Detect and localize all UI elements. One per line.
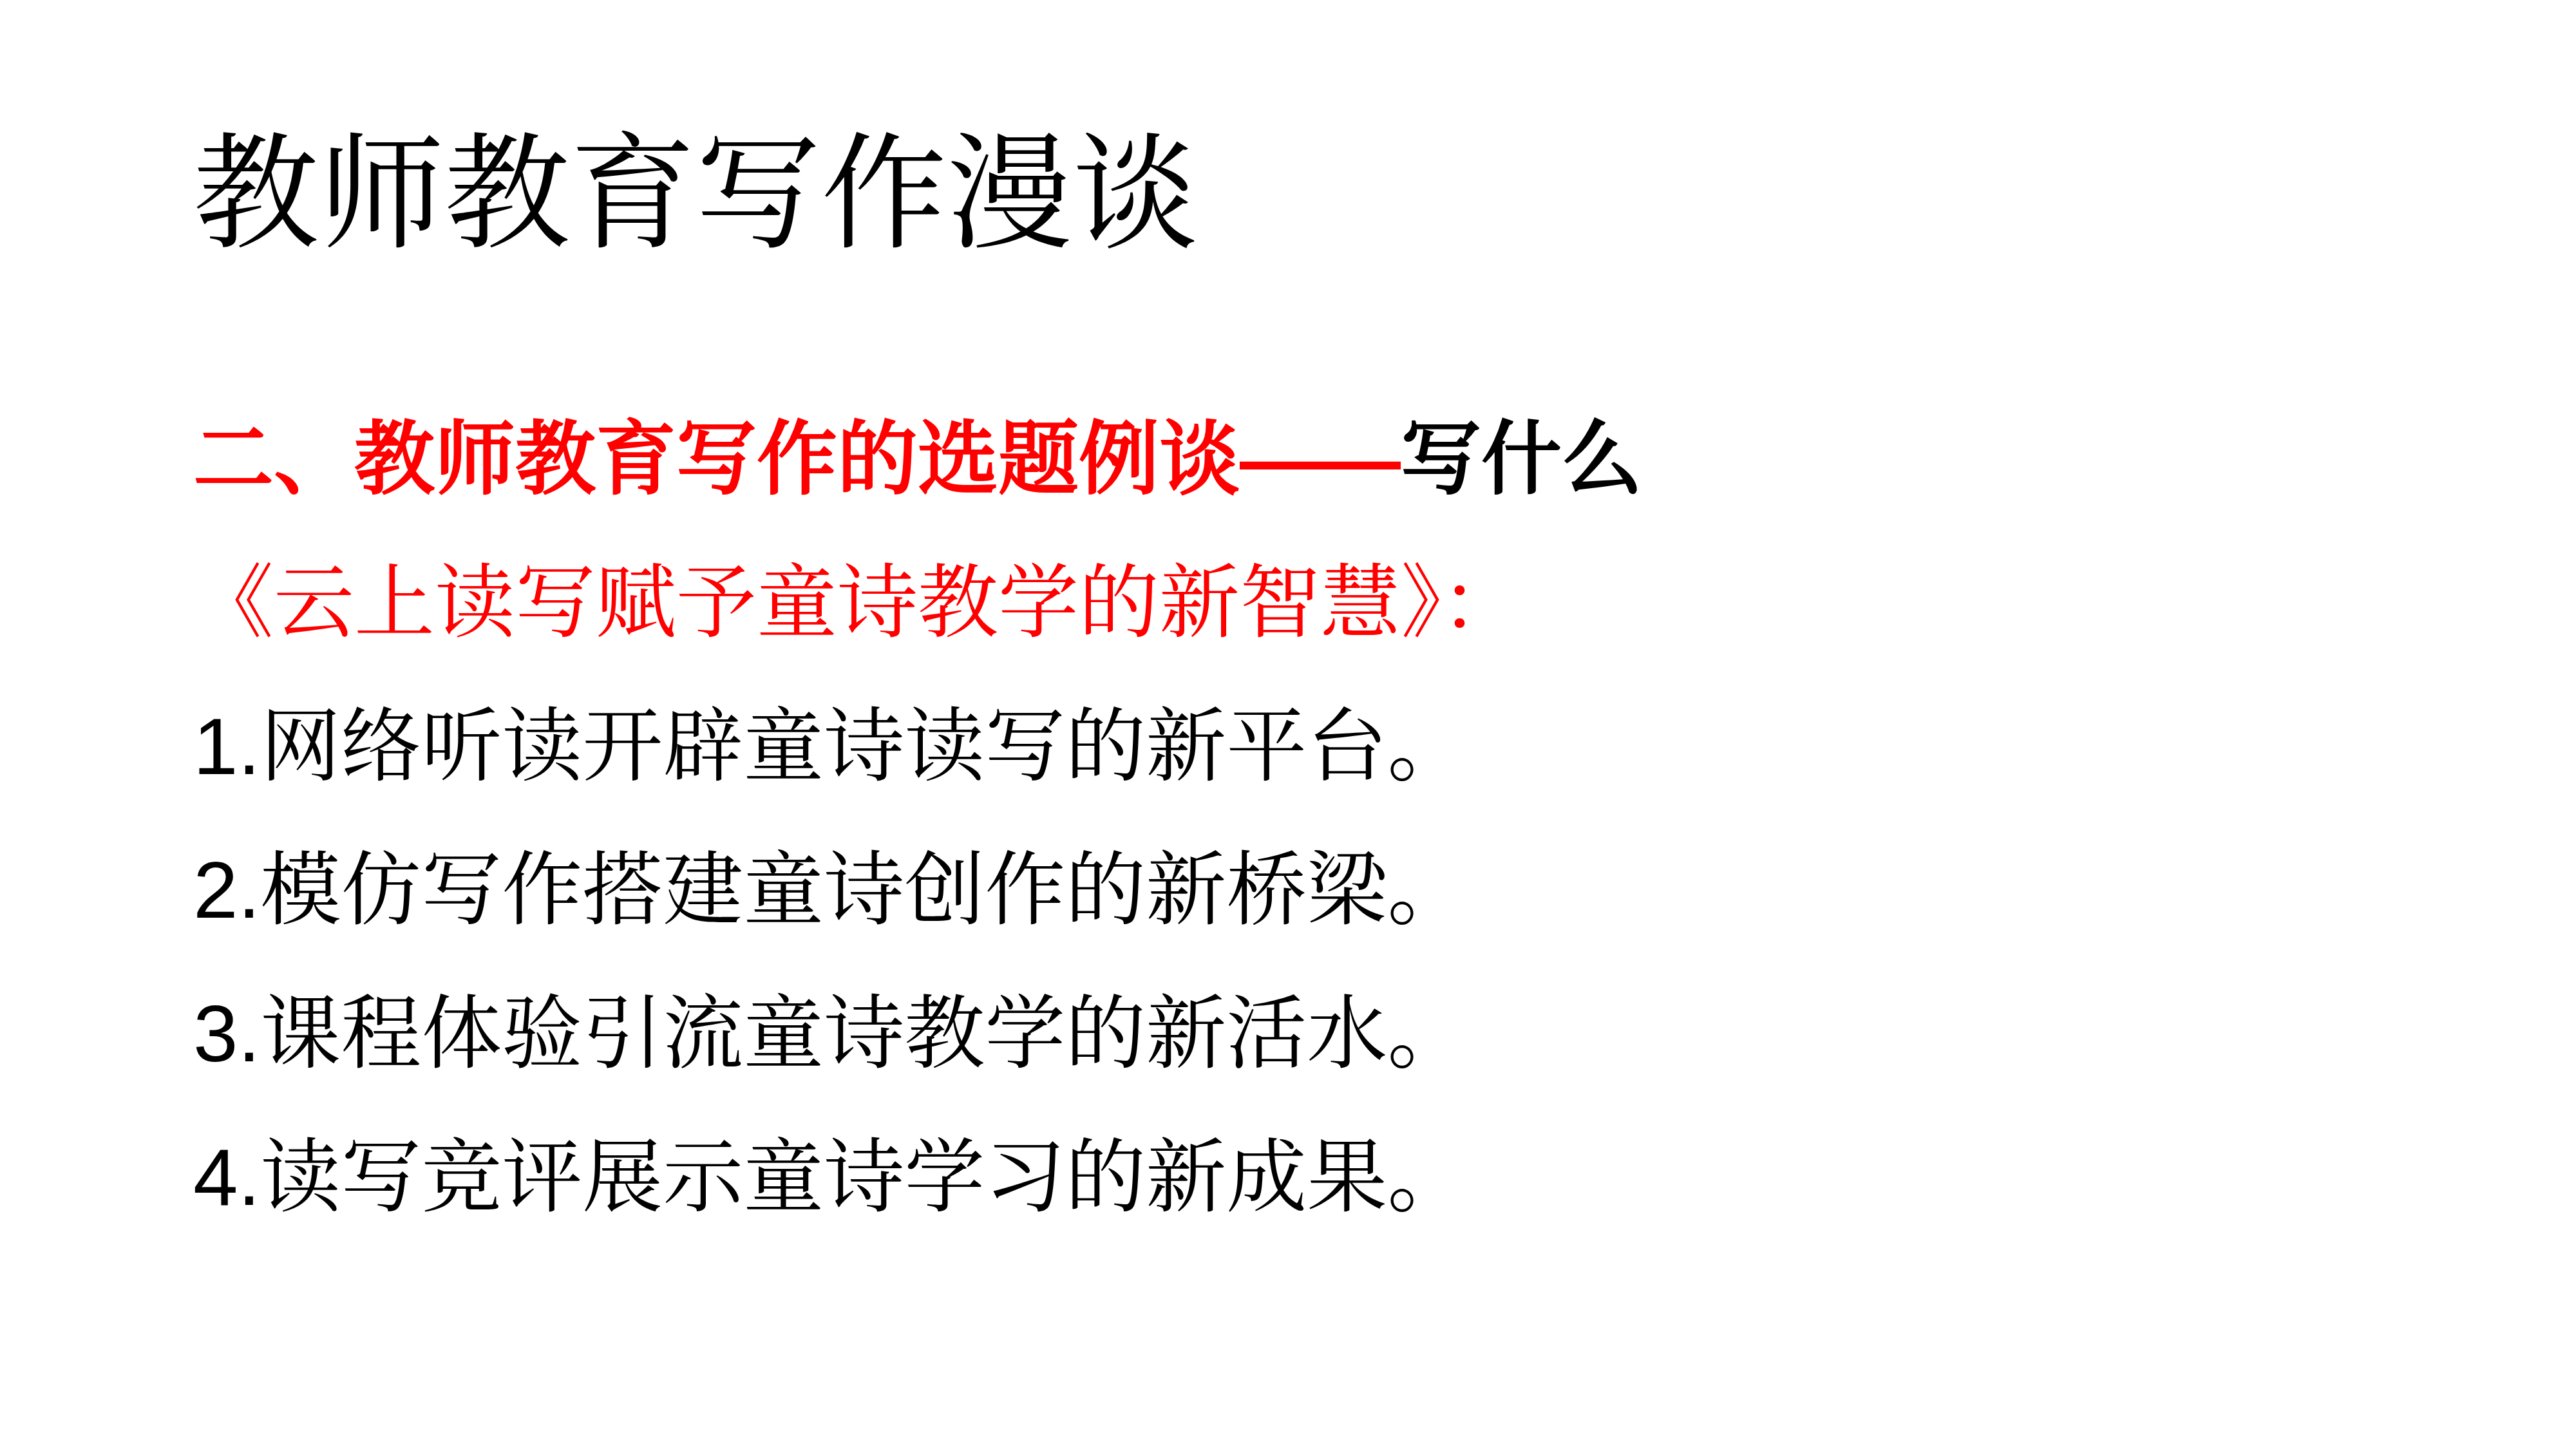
section-heading-red-part: 二、教师教育写作的选题例谈—— bbox=[193, 415, 1401, 504]
presentation-slide: 教师教育写作漫谈 二、教师教育写作的选题例谈——写什么 《云上读写赋予童诗教学的… bbox=[0, 0, 2576, 1449]
list-item-4: 4.读写竞评展示童诗学习的新成果。 bbox=[193, 1106, 1642, 1249]
list-item-3: 3.课程体验引流童诗教学的新活水。 bbox=[193, 962, 1642, 1106]
section-heading-black-part: 写什么 bbox=[1401, 415, 1642, 504]
slide-title: 教师教育写作漫谈 bbox=[193, 116, 1198, 274]
list-item-1: 1.网络听读开辟童诗读写的新平台。 bbox=[193, 675, 1642, 819]
list-item-2: 2.模仿写作搭建童诗创作的新桥梁。 bbox=[193, 819, 1642, 962]
article-title: 《云上读写赋予童诗教学的新智慧》： bbox=[193, 531, 1642, 675]
slide-body: 二、教师教育写作的选题例谈——写什么 《云上读写赋予童诗教学的新智慧》： 1.网… bbox=[193, 388, 1642, 1249]
section-heading: 二、教师教育写作的选题例谈——写什么 bbox=[193, 388, 1642, 531]
